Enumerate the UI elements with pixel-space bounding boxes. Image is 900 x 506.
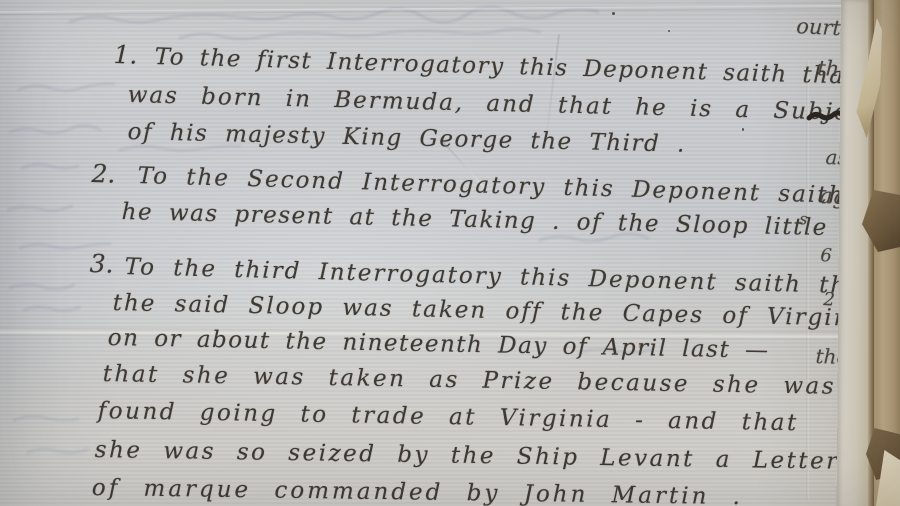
manuscript-line: found going to trade at Virginia - and t… [98,398,799,436]
manuscript-line: on or about the nineteenth Day of April … [108,325,770,364]
edge-text-fragment: 2 [823,289,836,311]
edge-text-fragment: s [799,209,809,229]
edge-text-fragment: ourt [796,14,842,40]
paragraph-number: 2. [91,159,116,189]
manuscript-line: of marque commanded by John Martin . [92,475,744,506]
document-photo: 1. To the first Interrogatory this Depon… [0,0,900,506]
manuscript-line: To the first Interrogatory this Deponent… [154,44,900,91]
deposition-text: 1. To the first Interrogatory this Depon… [0,0,900,506]
manuscript-line: she was so seized by the Ship Levant a L… [95,437,840,475]
paragraph-number: 1. [113,40,138,70]
edge-text-fragment: 6 [820,245,833,267]
manuscript-line: that she was taken as Prize because she … [103,361,837,400]
manuscript-line: was born in Bermuda, and that he is a Su… [127,82,876,126]
manuscript-line: of his majesty King George the Third . [127,119,686,158]
paragraph-number: 3. [89,249,114,279]
